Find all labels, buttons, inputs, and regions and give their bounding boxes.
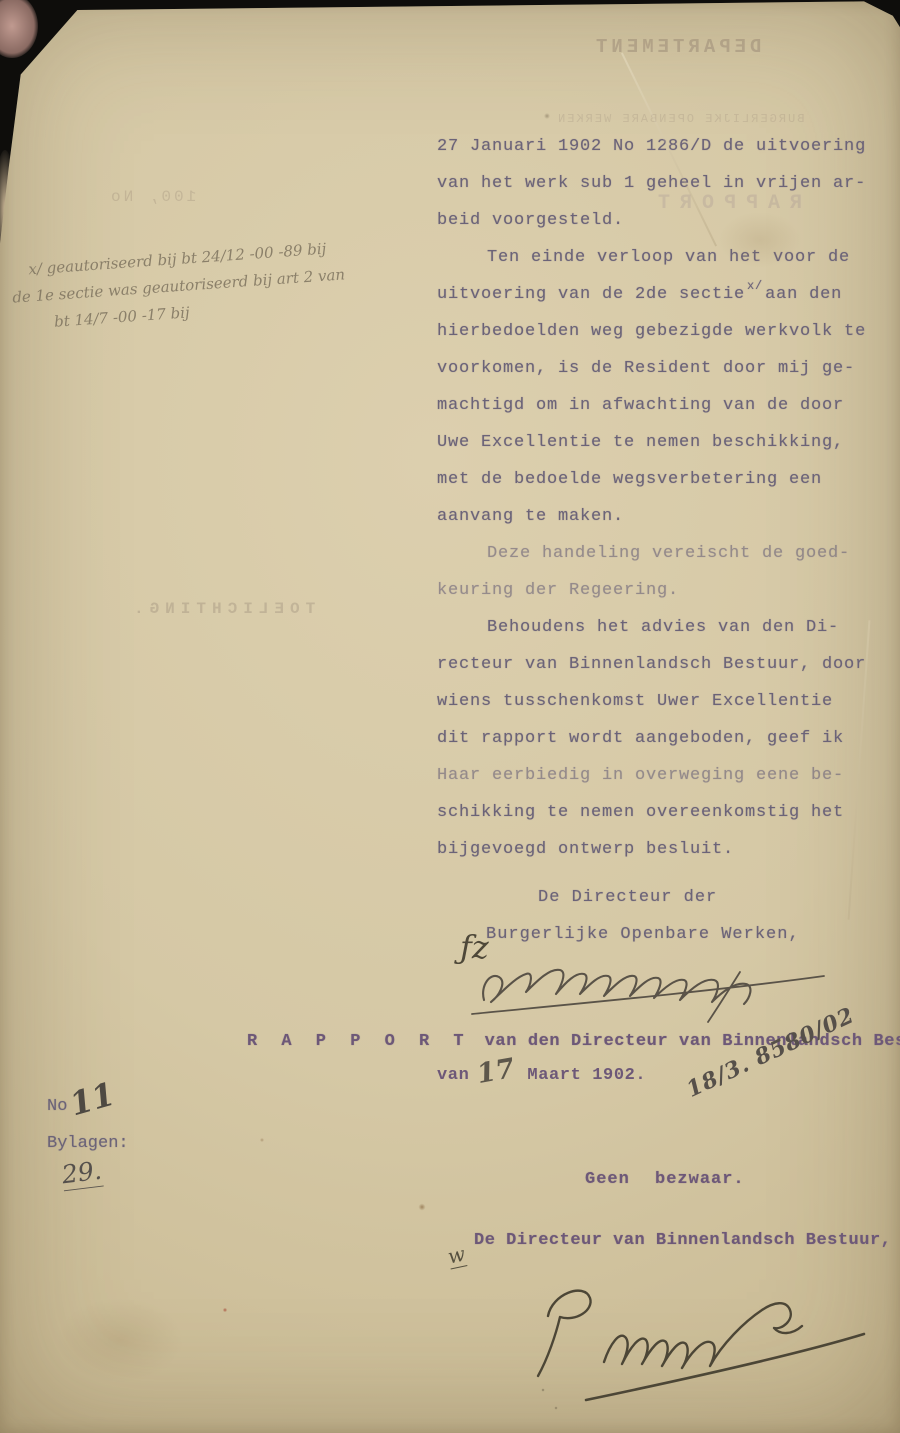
text-line: 27 Januari 1902 No 1286/D de uitvoering (437, 128, 882, 165)
document-page: DEPARTEMENT BURGERLIJKE OPENBARE WERKEN … (0, 0, 900, 1433)
text-line: beid voorgesteld. (437, 202, 882, 239)
signature-flourish (492, 1272, 872, 1404)
text-line: hierbedoelden weg gebezigde werkvolk te (437, 313, 882, 350)
signature-mensinga (468, 938, 838, 1024)
text-line: bijgevoegd ontwerp besluit. (437, 831, 882, 868)
rapport-date-line: vanMaart 1902. (437, 1066, 646, 1085)
photo-background: DEPARTEMENT BURGERLIJKE OPENBARE WERKEN … (0, 0, 900, 1433)
body-text: 27 Januari 1902 No 1286/D de uitvoering … (437, 128, 882, 868)
bylagen-label: Bylagen: (47, 1134, 129, 1153)
decision-text: Geen bezwaar. (585, 1170, 745, 1189)
paraph-mark: w (446, 1241, 468, 1269)
corner-blob (0, 0, 38, 58)
text-line: Deze handeling vereischt de goed- (437, 535, 882, 572)
text-line: met de bedoelde wegsverbetering een (437, 461, 882, 498)
text-segment: uitvoering van de 2de sectie (437, 285, 745, 304)
handwritten-number: 11 (66, 1075, 119, 1124)
closing-title-line: De Directeur der (538, 888, 717, 907)
handwritten-day: 17 (475, 1053, 517, 1090)
bleedthrough-text: 100, No (108, 188, 196, 206)
text-line: recteur van Binnenlandsch Bestuur, door (437, 646, 882, 683)
text-line: aanvang te maken. (437, 498, 882, 535)
footnote-marker: x/ (747, 279, 763, 293)
rapport-heading: R A P P O R T (247, 1032, 471, 1051)
text-line: Haar eerbiedig in overweging eene be- (437, 757, 882, 794)
margin-annotation: x/ geautoriseerd bij bt 24/12 -00 -89 bi… (10, 234, 348, 338)
date-rest: Maart 1902. (527, 1066, 646, 1085)
handwritten-bylagen-count: 29. (60, 1156, 103, 1192)
bleedthrough-text: BURGERLIJKE OPENBARE WERKEN (556, 112, 804, 126)
text-line: uitvoering van de 2de sectiex/aan den (437, 276, 882, 313)
text-line: Uwe Excellentie te nemen beschikking, (437, 424, 882, 461)
text-line: schikking te nemen overeenkomstig het (437, 794, 882, 831)
text-line: wiens tusschenkomst Uwer Excellentie (437, 683, 882, 720)
bleedthrough-text: TOELICHTING. (128, 600, 315, 618)
text-line: machtigd om in afwachting van de door (437, 387, 882, 424)
text-line: keuring der Regeering. (437, 572, 882, 609)
text-line: voorkomen, is de Resident door mij ge- (437, 350, 882, 387)
text-line: dit rapport wordt aangeboden, geef ik (437, 720, 882, 757)
decision-signatory-line: De Directeur van Binnenlandsch Bestuur, (474, 1231, 891, 1250)
text-line: van het werk sub 1 geheel in vrijen ar- (437, 165, 882, 202)
text-line: Behoudens het advies van den Di- (437, 609, 882, 646)
date-prefix: van (437, 1066, 469, 1085)
text-line: Ten einde verloop van het voor de (437, 239, 882, 276)
bleedthrough-text: DEPARTEMENT (592, 36, 761, 58)
text-segment: aan den (765, 285, 842, 304)
no-label: No (47, 1097, 67, 1116)
